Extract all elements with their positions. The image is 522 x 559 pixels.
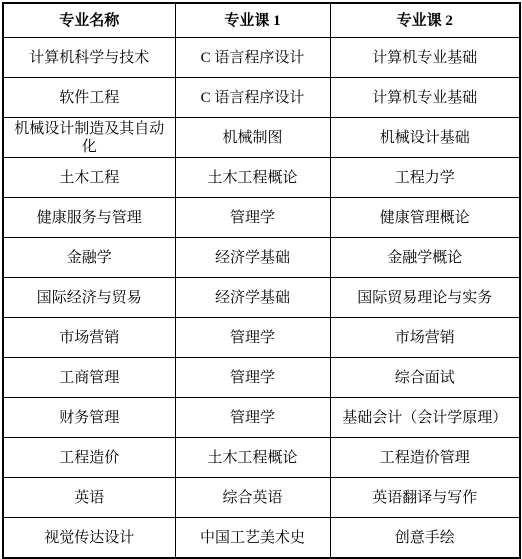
cell-course2: 健康管理概论 xyxy=(330,198,520,238)
cell-major: 机械设计制造及其自动化 xyxy=(3,118,175,158)
cell-course1: 机械制图 xyxy=(175,118,330,158)
cell-major: 金融学 xyxy=(3,238,175,278)
cell-major: 健康服务与管理 xyxy=(3,198,175,238)
cell-course1: 管理学 xyxy=(175,198,330,238)
cell-major: 土木工程 xyxy=(3,158,175,198)
cell-course1: 管理学 xyxy=(175,358,330,398)
table-row: 视觉传达设计 中国工艺美术史 创意手绘 xyxy=(3,518,520,559)
cell-course2: 工程造价管理 xyxy=(330,438,520,478)
page: 专业名称 专业课 1 专业课 2 计算机科学与技术 C 语言程序设计 计算机专业… xyxy=(0,0,522,559)
cell-major: 市场营销 xyxy=(3,318,175,358)
table-row: 机械设计制造及其自动化 机械制图 机械设计基础 xyxy=(3,118,520,158)
table-row: 土木工程 土木工程概论 工程力学 xyxy=(3,158,520,198)
cell-course2: 金融学概论 xyxy=(330,238,520,278)
cell-course2: 市场营销 xyxy=(330,318,520,358)
cell-major: 财务管理 xyxy=(3,398,175,438)
header-major-name: 专业名称 xyxy=(3,3,175,38)
table-row: 计算机科学与技术 C 语言程序设计 计算机专业基础 xyxy=(3,38,520,78)
cell-course2: 基础会计（会计学原理） xyxy=(330,398,520,438)
header-course-1: 专业课 1 xyxy=(175,3,330,38)
table-row: 国际经济与贸易 经济学基础 国际贸易理论与实务 xyxy=(3,278,520,318)
cell-course2: 工程力学 xyxy=(330,158,520,198)
cell-major: 计算机科学与技术 xyxy=(3,38,175,78)
cell-course1: 管理学 xyxy=(175,318,330,358)
header-course-2: 专业课 2 xyxy=(330,3,520,38)
cell-major: 工程造价 xyxy=(3,438,175,478)
cell-course1: 土木工程概论 xyxy=(175,158,330,198)
cell-course2: 机械设计基础 xyxy=(330,118,520,158)
cell-course2: 综合面试 xyxy=(330,358,520,398)
table-row: 英语 综合英语 英语翻译与写作 xyxy=(3,478,520,518)
table-header-row: 专业名称 专业课 1 专业课 2 xyxy=(3,3,520,38)
table-row: 金融学 经济学基础 金融学概论 xyxy=(3,238,520,278)
cell-course2: 计算机专业基础 xyxy=(330,78,520,118)
cell-major: 英语 xyxy=(3,478,175,518)
cell-course1: 经济学基础 xyxy=(175,278,330,318)
cell-course2: 国际贸易理论与实务 xyxy=(330,278,520,318)
cell-course1: 综合英语 xyxy=(175,478,330,518)
cell-course2: 英语翻译与写作 xyxy=(330,478,520,518)
cell-major: 视觉传达设计 xyxy=(3,518,175,559)
cell-major: 工商管理 xyxy=(3,358,175,398)
course-table: 专业名称 专业课 1 专业课 2 计算机科学与技术 C 语言程序设计 计算机专业… xyxy=(2,2,521,559)
table-row: 软件工程 C 语言程序设计 计算机专业基础 xyxy=(3,78,520,118)
cell-course1: 经济学基础 xyxy=(175,238,330,278)
cell-course2: 创意手绘 xyxy=(330,518,520,559)
cell-course1: C 语言程序设计 xyxy=(175,38,330,78)
table-row: 财务管理 管理学 基础会计（会计学原理） xyxy=(3,398,520,438)
table-row: 市场营销 管理学 市场营销 xyxy=(3,318,520,358)
cell-major: 国际经济与贸易 xyxy=(3,278,175,318)
cell-major: 软件工程 xyxy=(3,78,175,118)
cell-course2: 计算机专业基础 xyxy=(330,38,520,78)
table-row: 工程造价 土木工程概论 工程造价管理 xyxy=(3,438,520,478)
cell-course1: 管理学 xyxy=(175,398,330,438)
table-row: 健康服务与管理 管理学 健康管理概论 xyxy=(3,198,520,238)
cell-course1: 土木工程概论 xyxy=(175,438,330,478)
cell-course1: C 语言程序设计 xyxy=(175,78,330,118)
table-row: 工商管理 管理学 综合面试 xyxy=(3,358,520,398)
cell-course1: 中国工艺美术史 xyxy=(175,518,330,559)
